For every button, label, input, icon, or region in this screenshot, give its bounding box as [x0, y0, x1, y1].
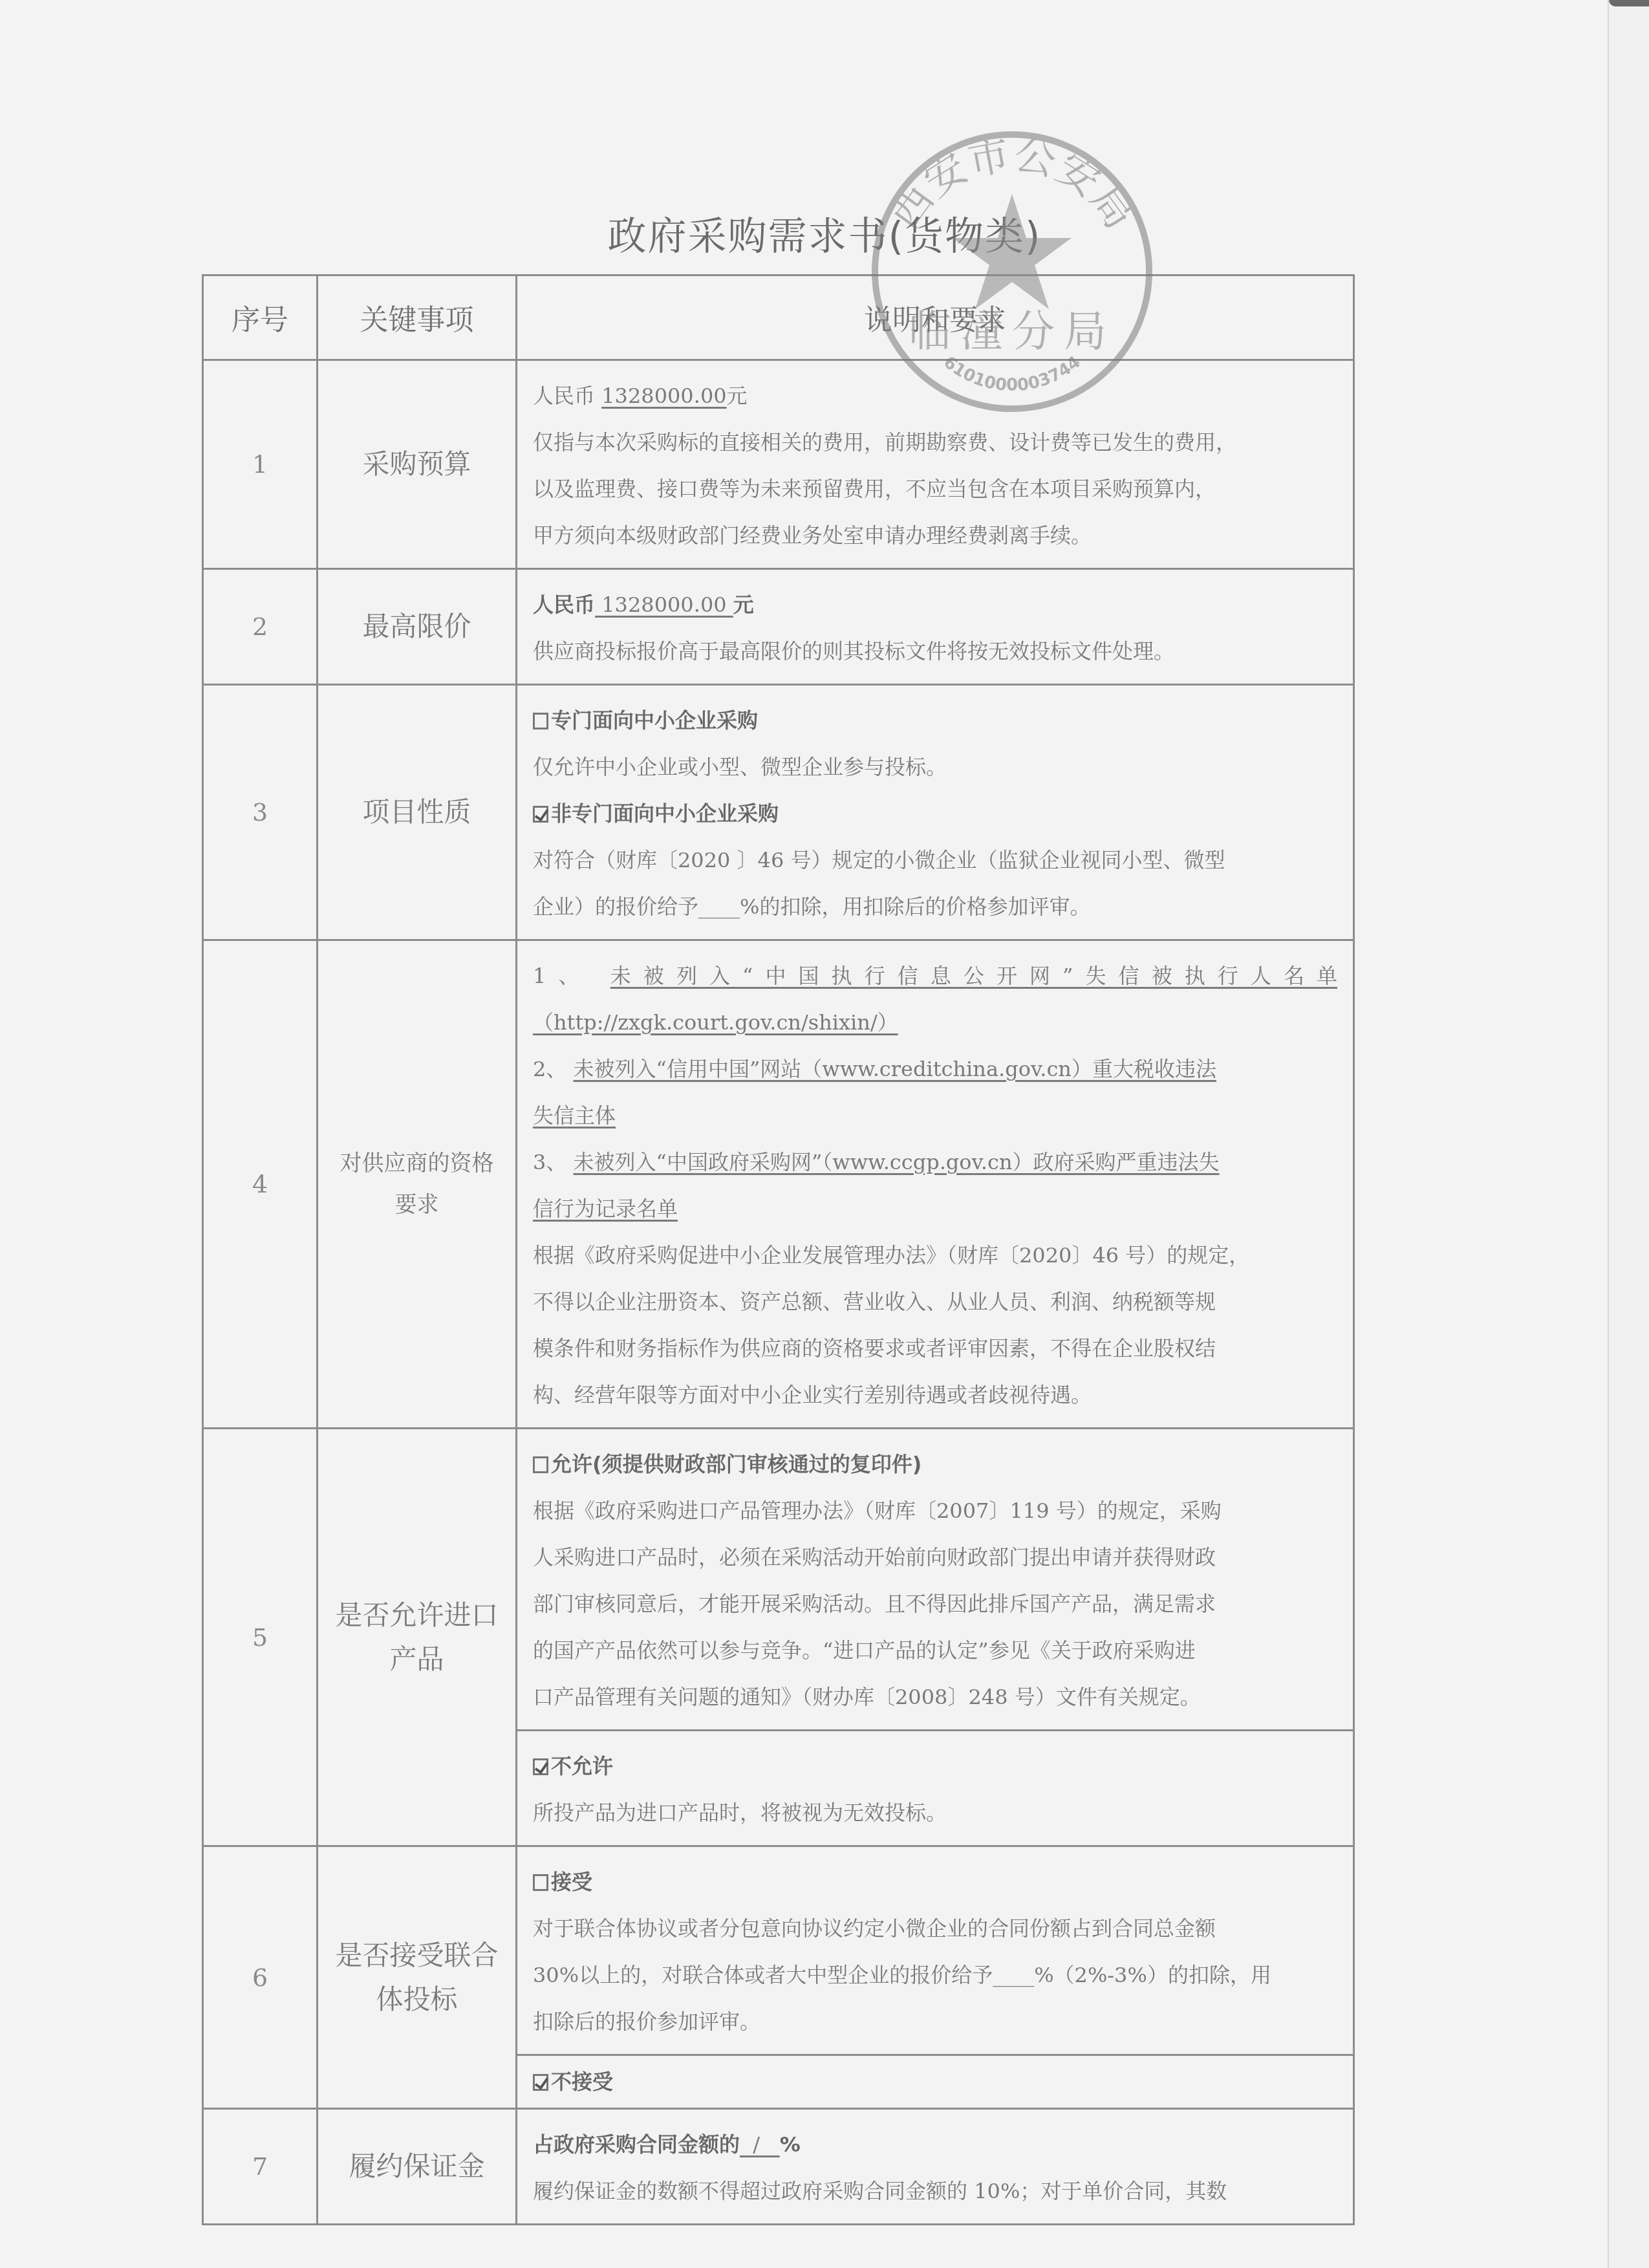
- row-key: 最高限价: [318, 569, 517, 685]
- option-label: 专门面向中小企业采购: [551, 708, 758, 733]
- desc-line: 模条件和财务指标作为供应商的资格要求或者评审因素，不得在企业股权结: [533, 1325, 1337, 1372]
- checkbox-unchecked-icon[interactable]: [533, 1874, 548, 1891]
- row-key: 对供应商的资格要求: [318, 940, 517, 1429]
- desc-line: 根据《政府采购促进中小企业发展管理办法》（财库〔2020〕46 号）的规定，: [533, 1232, 1337, 1279]
- row-key: 履约保证金: [318, 2109, 517, 2225]
- deposit-suffix: %: [780, 2132, 801, 2157]
- item-number: 1、: [533, 964, 592, 988]
- deposit-prefix: 占政府采购合同金额的: [533, 2132, 740, 2157]
- row-desc: 人民币 1328000.00 元 供应商投标报价高于最高限价的则其投标文件将按无…: [517, 569, 1354, 685]
- desc-line: 对于联合体协议或者分包意向协议约定小微企业的合同份额占到合同总金额: [533, 1905, 1337, 1952]
- row-number: 6: [203, 1846, 318, 2109]
- table-row: 7 履约保证金 占政府采购合同金额的 / % 履约保证金的数额不得超过政府采购合…: [203, 2109, 1354, 2225]
- desc-line: 供应商投标报价高于最高限价的则其投标文件将按无效投标文件处理。: [533, 628, 1337, 675]
- desc-line: 扣除后的报价参加评审。: [533, 1998, 1337, 2045]
- desc-line: 部门审核同意后，才能开展采购活动。且不得因此排斥国产产品，满足需求: [533, 1581, 1337, 1627]
- row-desc: 专门面向中小企业采购 仅允许中小企业或小型、微型企业参与投标。 非专门面向中小企…: [517, 685, 1354, 940]
- checkbox-unchecked-icon[interactable]: [533, 713, 548, 729]
- qualification-item: 未被列入“信用中国”网站（www.creditchina.gov.cn）重大税收…: [574, 1057, 1216, 1081]
- option-label: 非专门面向中小企业采购: [551, 801, 779, 826]
- header-desc: 说明和要求: [517, 275, 1354, 360]
- row-number: 1: [203, 360, 318, 569]
- desc-line: 企业）的报价给予____%的扣除，用扣除后的价格参加评审。: [533, 883, 1337, 930]
- desc-line: 根据《政府采购进口产品管理办法》（财库〔2007〕119 号）的规定，采购: [533, 1487, 1337, 1534]
- desc-line: 仅允许中小企业或小型、微型企业参与投标。: [533, 744, 1337, 790]
- desc-line: 口产品管理有关问题的通知》（财办库〔2008〕248 号）文件有关规定。: [533, 1674, 1337, 1720]
- row-key: 是否接受联合体投标: [318, 1846, 517, 2109]
- budget-suffix: 元: [727, 383, 748, 408]
- qualification-link[interactable]: （http://zxgk.court.gov.cn/shixin/）: [533, 1010, 898, 1035]
- row-number: 3: [203, 685, 318, 940]
- row-number: 2: [203, 569, 318, 685]
- desc-line: 甲方须向本级财政部门经费业务处室申请办理经费剥离手续。: [533, 512, 1337, 559]
- qualification-item: 未被列入“中国政府采购网”（www.ccgp.gov.cn）政府采购严重违法失: [574, 1150, 1220, 1174]
- table-row: 3 项目性质 专门面向中小企业采购 仅允许中小企业或小型、微型企业参与投标。 非…: [203, 685, 1354, 940]
- row-desc: 接受 对于联合体协议或者分包意向协议约定小微企业的合同份额占到合同总金额 30%…: [517, 1846, 1354, 2055]
- desc-line: 人采购进口产品时，必须在采购活动开始前向财政部门提出申请并获得财政: [533, 1534, 1337, 1581]
- row-desc: 占政府采购合同金额的 / % 履约保证金的数额不得超过政府采购合同金额的 10%…: [517, 2109, 1354, 2225]
- checkbox-checked-icon[interactable]: [533, 1758, 548, 1775]
- qualification-item-cont: 信行为记录名单: [533, 1196, 678, 1221]
- desc-line: 仅指与本次采购标的直接相关的费用，前期勘察费、设计费等已发生的费用，: [533, 419, 1337, 466]
- price-amount: 1328000.00: [595, 592, 733, 617]
- desc-line: 对符合（财库〔2020 〕46 号）规定的小微企业（监狱企业视同小型、微型: [533, 837, 1337, 883]
- price-suffix: 元: [733, 592, 754, 617]
- table-row: 6 是否接受联合体投标 接受 对于联合体协议或者分包意向协议约定小微企业的合同份…: [203, 1846, 1354, 2055]
- scan-corner: [1609, 0, 1649, 6]
- checkbox-checked-icon[interactable]: [533, 2074, 548, 2091]
- checkbox-checked-icon[interactable]: [533, 806, 548, 823]
- row-desc: 人民币 1328000.00元 仅指与本次采购标的直接相关的费用，前期勘察费、设…: [517, 360, 1354, 569]
- deposit-value: /: [740, 2132, 780, 2157]
- desc-line: 所投产品为进口产品时，将被视为无效投标。: [533, 1789, 1337, 1836]
- row-key: 是否允许进口产品: [318, 1429, 517, 1846]
- document-title: 政府采购需求书(货物类): [0, 206, 1649, 261]
- row-key: 项目性质: [318, 685, 517, 940]
- desc-line: 履约保证金的数额不得超过政府采购合同金额的 10%；对于单价合同，其数: [533, 2168, 1337, 2214]
- row-desc: 允许(须提供财政部门审核通过的复印件) 根据《政府采购进口产品管理办法》（财库〔…: [517, 1429, 1354, 1731]
- row-number: 5: [203, 1429, 318, 1846]
- item-number: 2、: [533, 1057, 566, 1081]
- table-row: 1 采购预算 人民币 1328000.00元 仅指与本次采购标的直接相关的费用，…: [203, 360, 1354, 569]
- checkbox-unchecked-icon[interactable]: [533, 1456, 548, 1473]
- table-row: 4 对供应商的资格要求 1、 未被列入“中国执行信息公开网”失信被执行人名单 （…: [203, 940, 1354, 1429]
- qualification-item: 未被列入“中国执行信息公开网”失信被执行人名单: [610, 964, 1337, 988]
- table-row: 2 最高限价 人民币 1328000.00 元 供应商投标报价高于最高限价的则其…: [203, 569, 1354, 685]
- option-label: 不允许: [551, 1754, 613, 1778]
- requirements-table: 序号 关键事项 说明和要求 1 采购预算 人民币 1328000.00元 仅指与…: [202, 274, 1355, 2225]
- row-desc: 1、 未被列入“中国执行信息公开网”失信被执行人名单 （http://zxgk.…: [517, 940, 1354, 1429]
- row-number: 7: [203, 2109, 318, 2225]
- row-number: 4: [203, 940, 318, 1429]
- desc-line: 构、经营年限等方面对中小企业实行差别待遇或者歧视待遇。: [533, 1372, 1337, 1418]
- scan-edge: [1608, 0, 1649, 2268]
- qualification-item-cont: 失信主体: [533, 1103, 616, 1128]
- table-header-row: 序号 关键事项 说明和要求: [203, 275, 1354, 360]
- budget-amount: 1328000.00: [601, 383, 726, 408]
- desc-line: 不得以企业注册资本、资产总额、营业收入、从业人员、利润、纳税额等规: [533, 1279, 1337, 1325]
- header-key: 关键事项: [318, 275, 517, 360]
- option-label: 允许(须提供财政部门审核通过的复印件): [551, 1452, 921, 1476]
- option-label: 接受: [551, 1870, 592, 1894]
- desc-line: 以及监理费、接口费等为未来预留费用，不应当包含在本项目采购预算内，: [533, 466, 1337, 512]
- desc-line: 30%以上的，对联合体或者大中型企业的报价给予____%（2%-3%）的扣除，用: [533, 1952, 1337, 1998]
- desc-line: 的国产产品依然可以参与竞争。“进口产品的认定”参见《关于政府采购进: [533, 1627, 1337, 1674]
- header-no: 序号: [203, 275, 318, 360]
- price-prefix: 人民币: [533, 592, 595, 617]
- row-key: 采购预算: [318, 360, 517, 569]
- row-desc: 不接受: [517, 2055, 1354, 2109]
- option-label: 不接受: [551, 2069, 613, 2094]
- budget-prefix: 人民币: [533, 383, 595, 408]
- row-desc: 不允许 所投产品为进口产品时，将被视为无效投标。: [517, 1731, 1354, 1846]
- item-number: 3、: [533, 1150, 566, 1174]
- table-row: 5 是否允许进口产品 允许(须提供财政部门审核通过的复印件) 根据《政府采购进口…: [203, 1429, 1354, 1731]
